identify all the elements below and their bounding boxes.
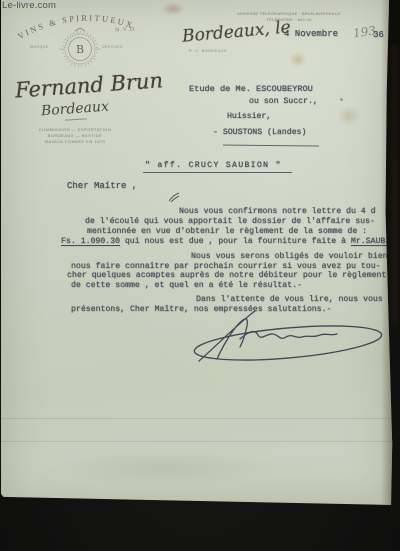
paper-stain [161,2,185,16]
body-line: de l'écoulé qui vous apportait le dossie… [85,217,375,226]
scanned-letter-photo: VINS & SPIRITUEUX N.V.D. B MARQUE DÉPOSÉ… [0,0,400,551]
paper-stain [289,52,307,67]
letterhead-ref-mark: N.V.D. [115,26,138,33]
handwritten-signature [183,309,383,364]
letterhead-name: Fernand Brun [14,69,145,102]
crest-emblem: B [57,27,103,71]
letterhead-details: COMMISSION — EXPORTATION BORDEAUX — BAST… [19,127,131,145]
letter-paper: VINS & SPIRITUEUX N.V.D. B MARQUE DÉPOSÉ… [1,0,393,505]
amount-text: qui nous est due , pour la fourniture fa… [120,237,351,246]
body-line: Nous vous serons obligés de vouloir bien [191,252,388,261]
amount-due: Fs. 1.090.30 [61,237,120,246]
body-line: nous faire connaître par prochain courri… [71,262,381,271]
subject-line: " aff. CRUCY SAUBION " [143,161,292,173]
crest-side-right: DÉPOSÉE [102,45,123,49]
body-line-amount: Fs. 1.090.30 qui nous est due , pour la … [61,237,393,246]
background-streak [392,45,397,325]
crest-side-left: MARQUE [30,45,49,49]
recipient-underline-rule [223,144,319,146]
letterhead-city: Bordeaux [41,99,110,120]
crest-monogram: B [76,43,84,56]
body-line: cher quelques acomptes auprès de notre d… [67,271,386,280]
recipient-title: Huissier, [227,112,271,121]
dateline-year-typed: 36 [373,30,384,40]
recipient-city: - SOUSTONS (Landes) [213,128,306,137]
dateline-smallprint: R. C. BORDEAUX [189,49,227,53]
paper-stain [56,450,276,486]
ink-dot [340,98,343,101]
recipient-successor: ou son Succr., [249,97,318,106]
site-watermark: Le-livre.com [2,0,56,11]
dateline-place: Bordeaux, le [181,17,291,46]
paper-crease [1,418,393,419]
paper-stain [337,106,361,126]
body-line: Nous vous confirmons notre lettre du 4 d [179,207,376,216]
letterhead-detail-line: MAISON FONDÉE EN 1870 [19,139,131,145]
body-line: Dans l'attente de vous lire, nous vous [196,295,383,304]
body-line: de cette somme , et quel en a été le rés… [71,281,302,290]
recipient-office: Etude de Me. ESCOUBEYROU [189,84,313,94]
debtor-name: Mr.SAUBION. [351,237,393,246]
letterhead-divider [65,118,87,122]
paper-crease [1,441,393,442]
pen-mark [167,192,181,203]
dateline-day-month: 4 Novembre [284,29,338,39]
salutation: Cher Maître , [67,181,137,191]
body-line: mentionnée en vue d'obtenir le règlement… [87,227,367,236]
